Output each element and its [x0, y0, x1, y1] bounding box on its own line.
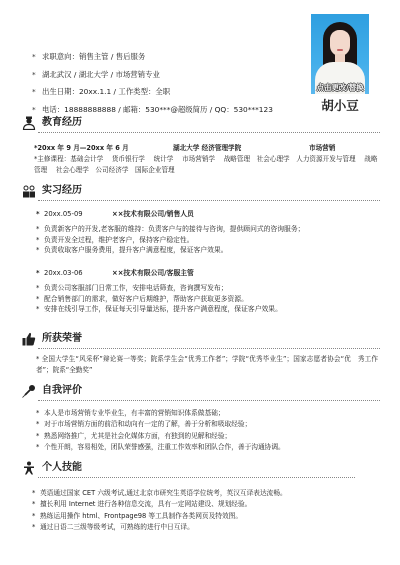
job-duty: *安排在线引导工作，保证每天引导量达标，提升客户满意程度，保证客户效果。: [36, 304, 282, 315]
graduate-icon: [22, 116, 36, 130]
list-item: *擅长利用 Internet 进行各种信息交流，具有一定网站建设、规划经验。: [32, 499, 287, 510]
section-self-evaluation: 自我评价: [20, 383, 380, 399]
section-title: 自我评价: [42, 383, 82, 399]
list-item: *本人是市场营销专业毕业生，有丰富的营销知识体系做基础；: [36, 408, 285, 419]
candidate-name: 胡小豆: [311, 96, 369, 114]
divider: [38, 200, 380, 201]
section-title: 教育经历: [42, 115, 82, 131]
team-icon: [22, 184, 36, 198]
job-duty: *配合销售部门的需求，做好客户后期维护，帮助客户获取更多资源。: [36, 294, 282, 305]
divider: [38, 477, 355, 478]
divider: [38, 400, 380, 401]
job-date: 20xx.03-06: [44, 268, 112, 279]
list-item: *熟练运用操作 html、Frontpage98 等工具制作各类网页及特效图。: [32, 511, 287, 522]
list-item: *个性开朗，容易相处，团队荣誉感强，注重工作效率和团队合作，善于沟通协调。: [36, 442, 285, 453]
skills-list: *英语通过国家 CET 六级考试,通过北京市研究生英语学位统考，英汉互译表达流畅…: [32, 488, 287, 533]
info-birth-worktype: *出生日期：20xx.1.1 / 工作类型：全职: [32, 83, 273, 101]
self-evaluation-list: *本人是市场营销专业毕业生，有丰富的营销知识体系做基础； *对于市场营销方面的前…: [36, 408, 285, 453]
basic-info: *求职意向：销售主管 / 售后服务 *湖北武汉 / 湖北大学 / 市场营销专业 …: [32, 48, 273, 118]
section-title: 所获荣誉: [42, 331, 82, 347]
job-duty: *负责公司客服部门日常工作，安排电话筛查，咨询撰写发布；: [36, 283, 282, 294]
job-company-role: ××技术有限公司/客服主管: [112, 269, 194, 277]
section-education: 教育经历: [20, 115, 380, 131]
job-entry-1: *20xx.05-09××技术有限公司/销售人员 *负责新客户的开发,老客服的维…: [36, 209, 304, 256]
section-skills: 个人技能: [20, 460, 355, 476]
info-job-intent: *求职意向：销售主管 / 售后服务: [32, 48, 273, 66]
info-location-school: *湖北武汉 / 湖北大学 / 市场营销专业: [32, 66, 273, 84]
section-title: 实习经历: [42, 183, 82, 199]
education-courses: *主修课程：基础会计学 货币银行学 统计学 市场营销学 战略管理 社会心理学 人…: [34, 154, 378, 175]
section-honors: 所获荣誉: [20, 331, 380, 347]
honors-text: * 全国大学生“风采杯”辩论赛一等奖；院系学生会“优秀工作者”；学院“优秀毕业生…: [36, 354, 378, 376]
education-school: 湖北大学 经济管理学院: [173, 143, 241, 154]
person-icon: [22, 461, 36, 475]
education-major: 市场营销: [309, 143, 335, 154]
microphone-icon: [22, 384, 36, 398]
job-company-role: ××技术有限公司/销售人员: [112, 210, 194, 218]
list-item: *通过日语二三级等级考试，可熟练的进行中日互译。: [32, 522, 287, 533]
thumbs-up-icon: [22, 332, 36, 346]
list-item: *熟悉网络推广，尤其是社会化媒体方面，有独到的见解和经验；: [36, 431, 285, 442]
list-item: *英语通过国家 CET 六级考试,通过北京市研究生英语学位统考，英汉互译表达流畅…: [32, 488, 287, 499]
avatar[interactable]: 点击更改/替换: [311, 14, 369, 94]
job-date: 20xx.05-09: [44, 209, 112, 220]
divider: [38, 348, 380, 349]
education-details: *20xx 年 9 月—20xx 年 6 月 湖北大学 经济管理学院 市场营销 …: [34, 143, 378, 175]
job-duty: *负责收取客户服务费用，提升客户满意程度，保证客户效果。: [36, 245, 304, 256]
profile-photo[interactable]: 点击更改/替换: [311, 14, 369, 96]
section-internship: 实习经历: [20, 183, 380, 199]
job-duty: *负责开发全过程，维护老客户，保持客户稳定性。: [36, 235, 304, 246]
section-title: 个人技能: [42, 460, 82, 476]
education-period: *20xx 年 9 月—20xx 年 6 月: [34, 143, 129, 154]
change-photo-button[interactable]: 点击更改/替换: [311, 82, 369, 93]
job-entry-2: *20xx.03-06××技术有限公司/客服主管 *负责公司客服部门日常工作，安…: [36, 268, 282, 315]
job-duty: *负责新客户的开发,老客服的维持：负责客户与的接待与咨询，提供顾问式的咨询服务；: [36, 224, 304, 235]
divider: [38, 132, 380, 133]
list-item: *对于市场营销方面的前沿和动向有一定的了解，善于分析和吸取经验；: [36, 419, 285, 430]
